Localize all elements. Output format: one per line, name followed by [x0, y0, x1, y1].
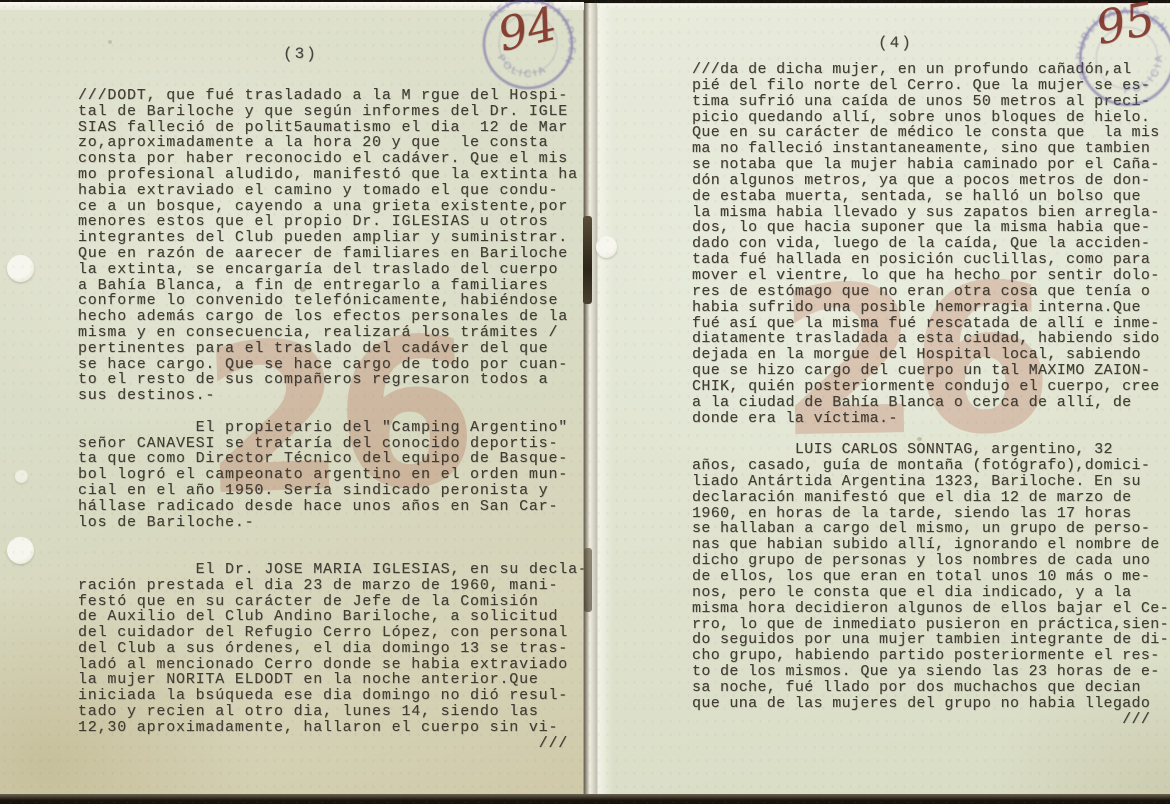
page-4-body-text: ///da de dicha mujer, en un profundo cañ… [692, 62, 1169, 727]
punch-hole [7, 255, 34, 282]
paper-edge-highlight [597, 3, 1170, 9]
page-4-left-edge [597, 4, 613, 794]
punch-hole [7, 537, 34, 564]
punch-hole [15, 470, 28, 483]
page-gap-shadow [583, 216, 592, 304]
paper-speck [300, 287, 306, 292]
page-number-label: (4) [878, 34, 913, 52]
punch-hole [596, 236, 617, 258]
page-gap [583, 0, 598, 804]
svg-text:POLICIA: POLICIA [1114, 46, 1170, 104]
document-scan: 26 26 (3) (4) ///DODT, que fué trasladad… [0, 0, 1170, 804]
page-gap-shadow [584, 548, 592, 612]
page-3-body-text: ///DODT, que fué trasladado a la M rgue … [78, 88, 588, 751]
paper-speck [917, 437, 922, 441]
paper-speck [108, 40, 112, 44]
photo-edge-bottom [0, 794, 1170, 804]
page-number-label: (3) [283, 45, 318, 63]
